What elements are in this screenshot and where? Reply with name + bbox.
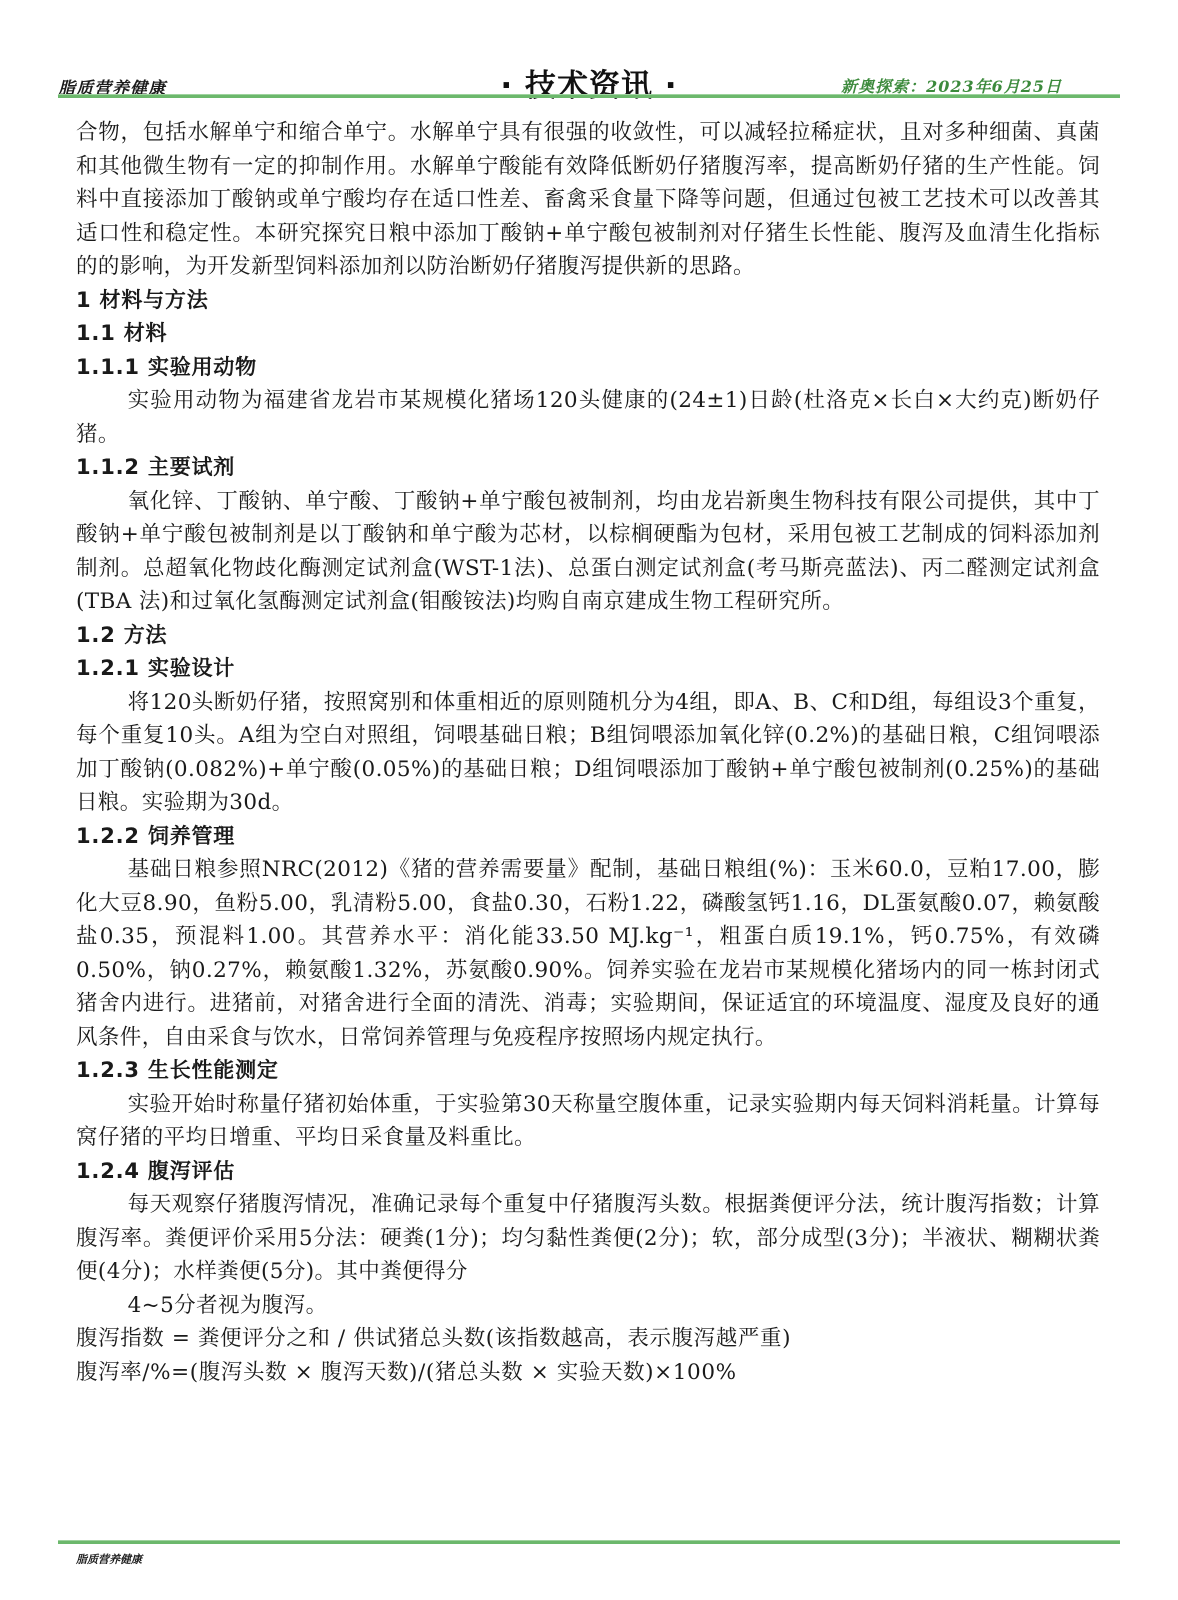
- heading-1-1: 1.1 材料: [76, 317, 1100, 351]
- footer-journal-name: 脂质营养健康: [76, 1551, 142, 1567]
- heading-1-2-3: 1.2.3 生长性能测定: [76, 1054, 1100, 1088]
- paragraph-animals: 实验用动物为福建省龙岩市某规模化猪场120头健康的(24±1)日龄(杜洛克×长白…: [76, 384, 1100, 451]
- page-header: 脂质营养健康 · 技术资讯 · 新奥探索：2023年6月25日: [58, 60, 1120, 96]
- paragraph-reagents: 氧化锌、丁酸钠、单宁酸、丁酸钠+单宁酸包被制剂，均由龙岩新奥生物科技有限公司提供…: [76, 485, 1100, 619]
- paragraph-design: 将120头断奶仔猪，按照窝别和体重相近的原则随机分为4组，即A、B、C和D组，每…: [76, 686, 1100, 820]
- heading-1-2: 1.2 方法: [76, 619, 1100, 653]
- formula-diarrhea-index: 腹泻指数 = 粪便评分之和 / 供试猪总头数(该指数越高，表示腹泻越严重): [76, 1322, 1100, 1356]
- paragraph-feeding: 基础日粮参照NRC(2012)《猪的营养需要量》配制，基础日粮组(%)：玉米60…: [76, 853, 1100, 1054]
- heading-1-2-1: 1.2.1 实验设计: [76, 652, 1100, 686]
- footer-divider: [58, 1540, 1120, 1544]
- heading-1-1-1: 1.1.1 实验用动物: [76, 351, 1100, 385]
- formula-diarrhea-rate: 腹泻率/%=(腹泻头数 × 腹泻天数)/(猪总头数 × 实验天数)×100%: [76, 1356, 1100, 1390]
- heading-1-1-2: 1.1.2 主要试剂: [76, 451, 1100, 485]
- paragraph-growth: 实验开始时称量仔猪初始体重，于实验第30天称量空腹体重，记录实验期内每天饲料消耗…: [76, 1088, 1100, 1155]
- heading-1-2-4: 1.2.4 腹泻评估: [76, 1155, 1100, 1189]
- heading-1: 1 材料与方法: [76, 284, 1100, 318]
- article-body: 合物，包括水解单宁和缩合单宁。水解单宁具有很强的收敛性，可以减轻拉稀症状，且对多…: [76, 116, 1100, 1389]
- paragraph-diarrhea: 每天观察仔猪腹泻情况，准确记录每个重复中仔猪腹泻头数。根据粪便评分法，统计腹泻指…: [76, 1188, 1100, 1289]
- paragraph-diarrhea-tail: 4~5分者视为腹泻。: [76, 1289, 1100, 1323]
- intro-paragraph: 合物，包括水解单宁和缩合单宁。水解单宁具有很强的收敛性，可以减轻拉稀症状，且对多…: [76, 116, 1100, 284]
- heading-1-2-2: 1.2.2 饲养管理: [76, 820, 1100, 854]
- header-divider: [58, 94, 1120, 98]
